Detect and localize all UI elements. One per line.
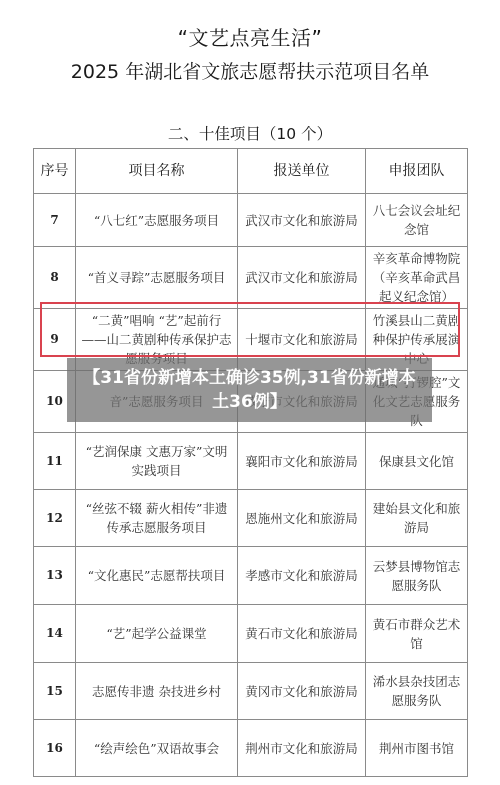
cell-project: “八七红”志愿服务项目 bbox=[76, 194, 238, 247]
cell-team: 八七会议会址纪念馆 bbox=[366, 194, 468, 247]
cell-team: 浠水县杂技团志愿服务队 bbox=[366, 663, 468, 720]
cell-project: “首义寻踪”志愿服务项目 bbox=[76, 247, 238, 309]
cell-unit: 荆州市文化和旅游局 bbox=[238, 720, 366, 777]
cell-no: 14 bbox=[34, 605, 76, 663]
cell-project: “艺”起学公益课堂 bbox=[76, 605, 238, 663]
cell-team: 云梦县博物馆志愿服务队 bbox=[366, 547, 468, 605]
cell-no: 15 bbox=[34, 663, 76, 720]
header-team: 申报团队 bbox=[366, 149, 468, 194]
headline-overlay-text: 【31省份新增本土确诊35例,31省份新增本土36例】 bbox=[80, 366, 420, 414]
cell-project: “艺润保康 文惠万家”文明实践项目 bbox=[76, 433, 238, 490]
cell-team: 黄石市群众艺术馆 bbox=[366, 605, 468, 663]
header-no: 序号 bbox=[34, 149, 76, 194]
cell-no: 7 bbox=[34, 194, 76, 247]
cell-unit: 恩施州文化和旅游局 bbox=[238, 490, 366, 547]
cell-unit: 武汉市文化和旅游局 bbox=[238, 247, 366, 309]
cell-no: 16 bbox=[34, 720, 76, 777]
table-row: 15 志愿传非遗 杂技进乡村 黄冈市文化和旅游局 浠水县杂技团志愿服务队 bbox=[34, 663, 468, 720]
cell-unit: 黄石市文化和旅游局 bbox=[238, 605, 366, 663]
table-header-row: 序号 项目名称 报送单位 申报团队 bbox=[34, 149, 468, 194]
cell-project: “文化惠民”志愿帮扶项目 bbox=[76, 547, 238, 605]
cell-team: 保康县文化馆 bbox=[366, 433, 468, 490]
cell-project: “绘声绘色”双语故事会 bbox=[76, 720, 238, 777]
table-row: 14 “艺”起学公益课堂 黄石市文化和旅游局 黄石市群众艺术馆 bbox=[34, 605, 468, 663]
document-title-line2: 2025 年湖北省文旅志愿帮扶示范项目名单 bbox=[0, 57, 500, 84]
cell-unit: 孝感市文化和旅游局 bbox=[238, 547, 366, 605]
table-row: 8 “首义寻踪”志愿服务项目 武汉市文化和旅游局 辛亥革命博物院（辛亥革命武昌起… bbox=[34, 247, 468, 309]
table-row: 11 “艺润保康 文惠万家”文明实践项目 襄阳市文化和旅游局 保康县文化馆 bbox=[34, 433, 468, 490]
cell-team: 建始县文化和旅游局 bbox=[366, 490, 468, 547]
section-heading: 二、十佳项目（10 个） bbox=[0, 122, 500, 144]
header-project: 项目名称 bbox=[76, 149, 238, 194]
cell-team: 辛亥革命博物院（辛亥革命武昌起义纪念馆） bbox=[366, 247, 468, 309]
cell-unit: 黄冈市文化和旅游局 bbox=[238, 663, 366, 720]
table-row: 7 “八七红”志愿服务项目 武汉市文化和旅游局 八七会议会址纪念馆 bbox=[34, 194, 468, 247]
cell-project: 志愿传非遗 杂技进乡村 bbox=[76, 663, 238, 720]
header-unit: 报送单位 bbox=[238, 149, 366, 194]
cell-unit: 襄阳市文化和旅游局 bbox=[238, 433, 366, 490]
project-table: 序号 项目名称 报送单位 申报团队 7 “八七红”志愿服务项目 武汉市文化和旅游… bbox=[33, 148, 468, 777]
cell-team: 荆州市图书馆 bbox=[366, 720, 468, 777]
cell-no: 11 bbox=[34, 433, 76, 490]
cell-no: 12 bbox=[34, 490, 76, 547]
cell-unit: 武汉市文化和旅游局 bbox=[238, 194, 366, 247]
cell-no: 13 bbox=[34, 547, 76, 605]
document-title-line1: “文艺点亮生活” bbox=[0, 22, 500, 51]
cell-project: “丝弦不辍 薪火相传”非遗传承志愿服务项目 bbox=[76, 490, 238, 547]
headline-overlay-banner: 【31省份新增本土确诊35例,31省份新增本土36例】 bbox=[67, 358, 432, 422]
table-row: 13 “文化惠民”志愿帮扶项目 孝感市文化和旅游局 云梦县博物馆志愿服务队 bbox=[34, 547, 468, 605]
cell-no: 8 bbox=[34, 247, 76, 309]
table-row: 16 “绘声绘色”双语故事会 荆州市文化和旅游局 荆州市图书馆 bbox=[34, 720, 468, 777]
table-row: 12 “丝弦不辍 薪火相传”非遗传承志愿服务项目 恩施州文化和旅游局 建始县文化… bbox=[34, 490, 468, 547]
